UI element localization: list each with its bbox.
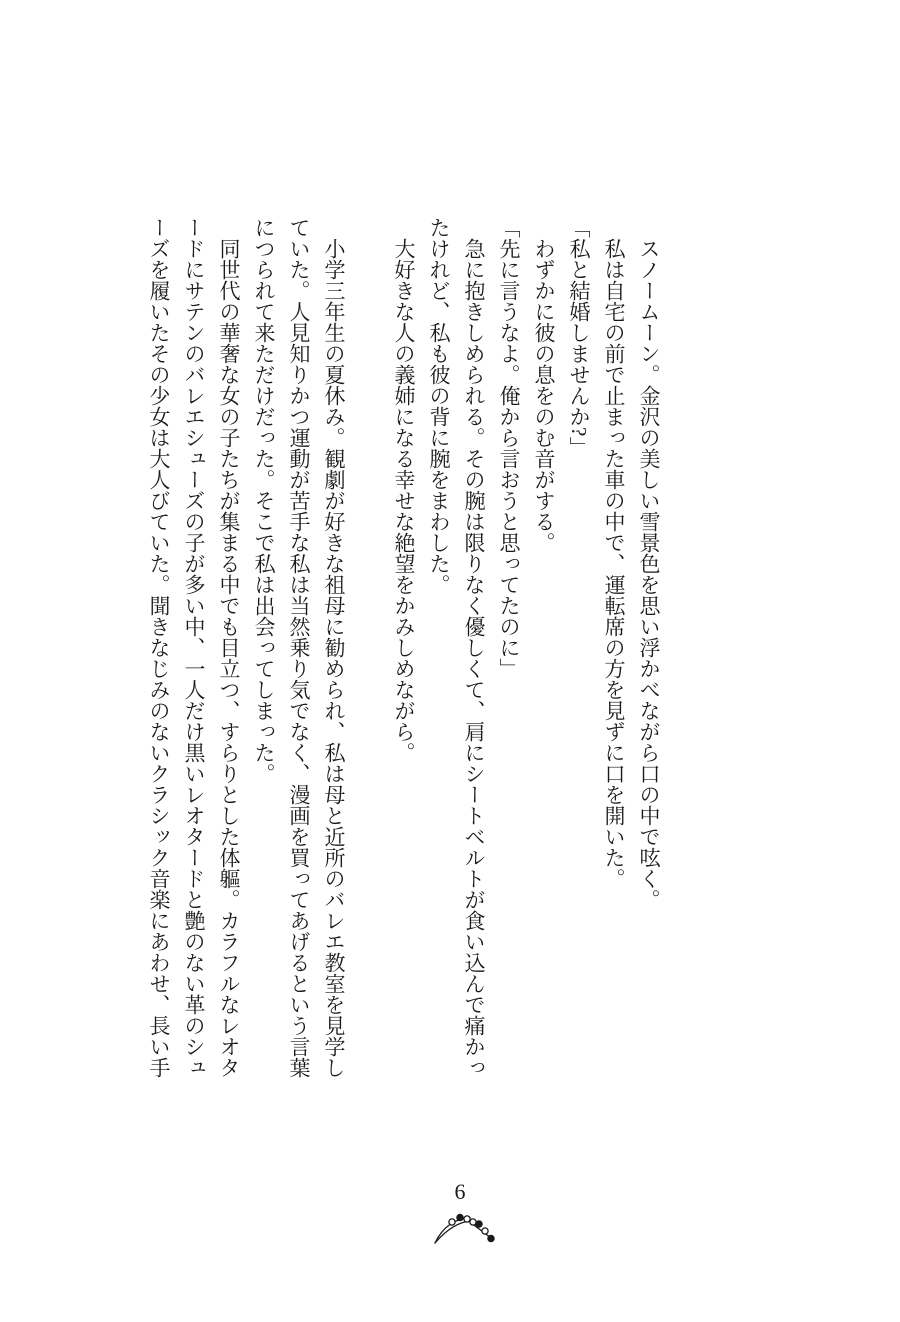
scene-break-blank-line	[351, 217, 386, 1082]
paragraph: 急に抱きしめられる。その腕は限りなく優しくて、肩にシートベルトが食い込んで痛かっ…	[421, 217, 491, 1082]
paragraph: スノームーン。金沢の美しい雪景色を思い浮かべながら口の中で呟く。	[631, 217, 666, 1082]
book-page: スノームーン。金沢の美しい雪景色を思い浮かべながら口の中で呟く。 私は自宅の前で…	[0, 0, 900, 1322]
page-text: スノームーン。金沢の美しい雪景色を思い浮かべながら口の中で呟く。 私は自宅の前で…	[141, 217, 666, 1082]
flourish-icon	[430, 1211, 498, 1249]
paragraph-dialogue: 「先に言うなよ。俺から言おうと思ってたのに」	[491, 217, 526, 1082]
paragraph: 小学三年生の夏休み。観劇が好きな祖母に勧められ、私は母と近所のバレエ教室を見学し…	[246, 217, 351, 1082]
paragraph: 大好きな人の義姉になる幸せな絶望をかみしめながら。	[386, 217, 421, 1082]
page-number: 6	[430, 1180, 490, 1204]
paragraph: わずかに彼の息をのむ音がする。	[526, 217, 561, 1082]
paragraph-dialogue: 「私と結婚しませんか?」	[561, 217, 596, 1082]
paragraph: 私は自宅の前で止まった車の中で、運転席の方を見ずに口を開いた。	[596, 217, 631, 1082]
paragraph: 同世代の華奢な女の子たちが集まる中でも目立つ、すらりとした体軀。カラフルなレオタ…	[141, 217, 246, 1082]
